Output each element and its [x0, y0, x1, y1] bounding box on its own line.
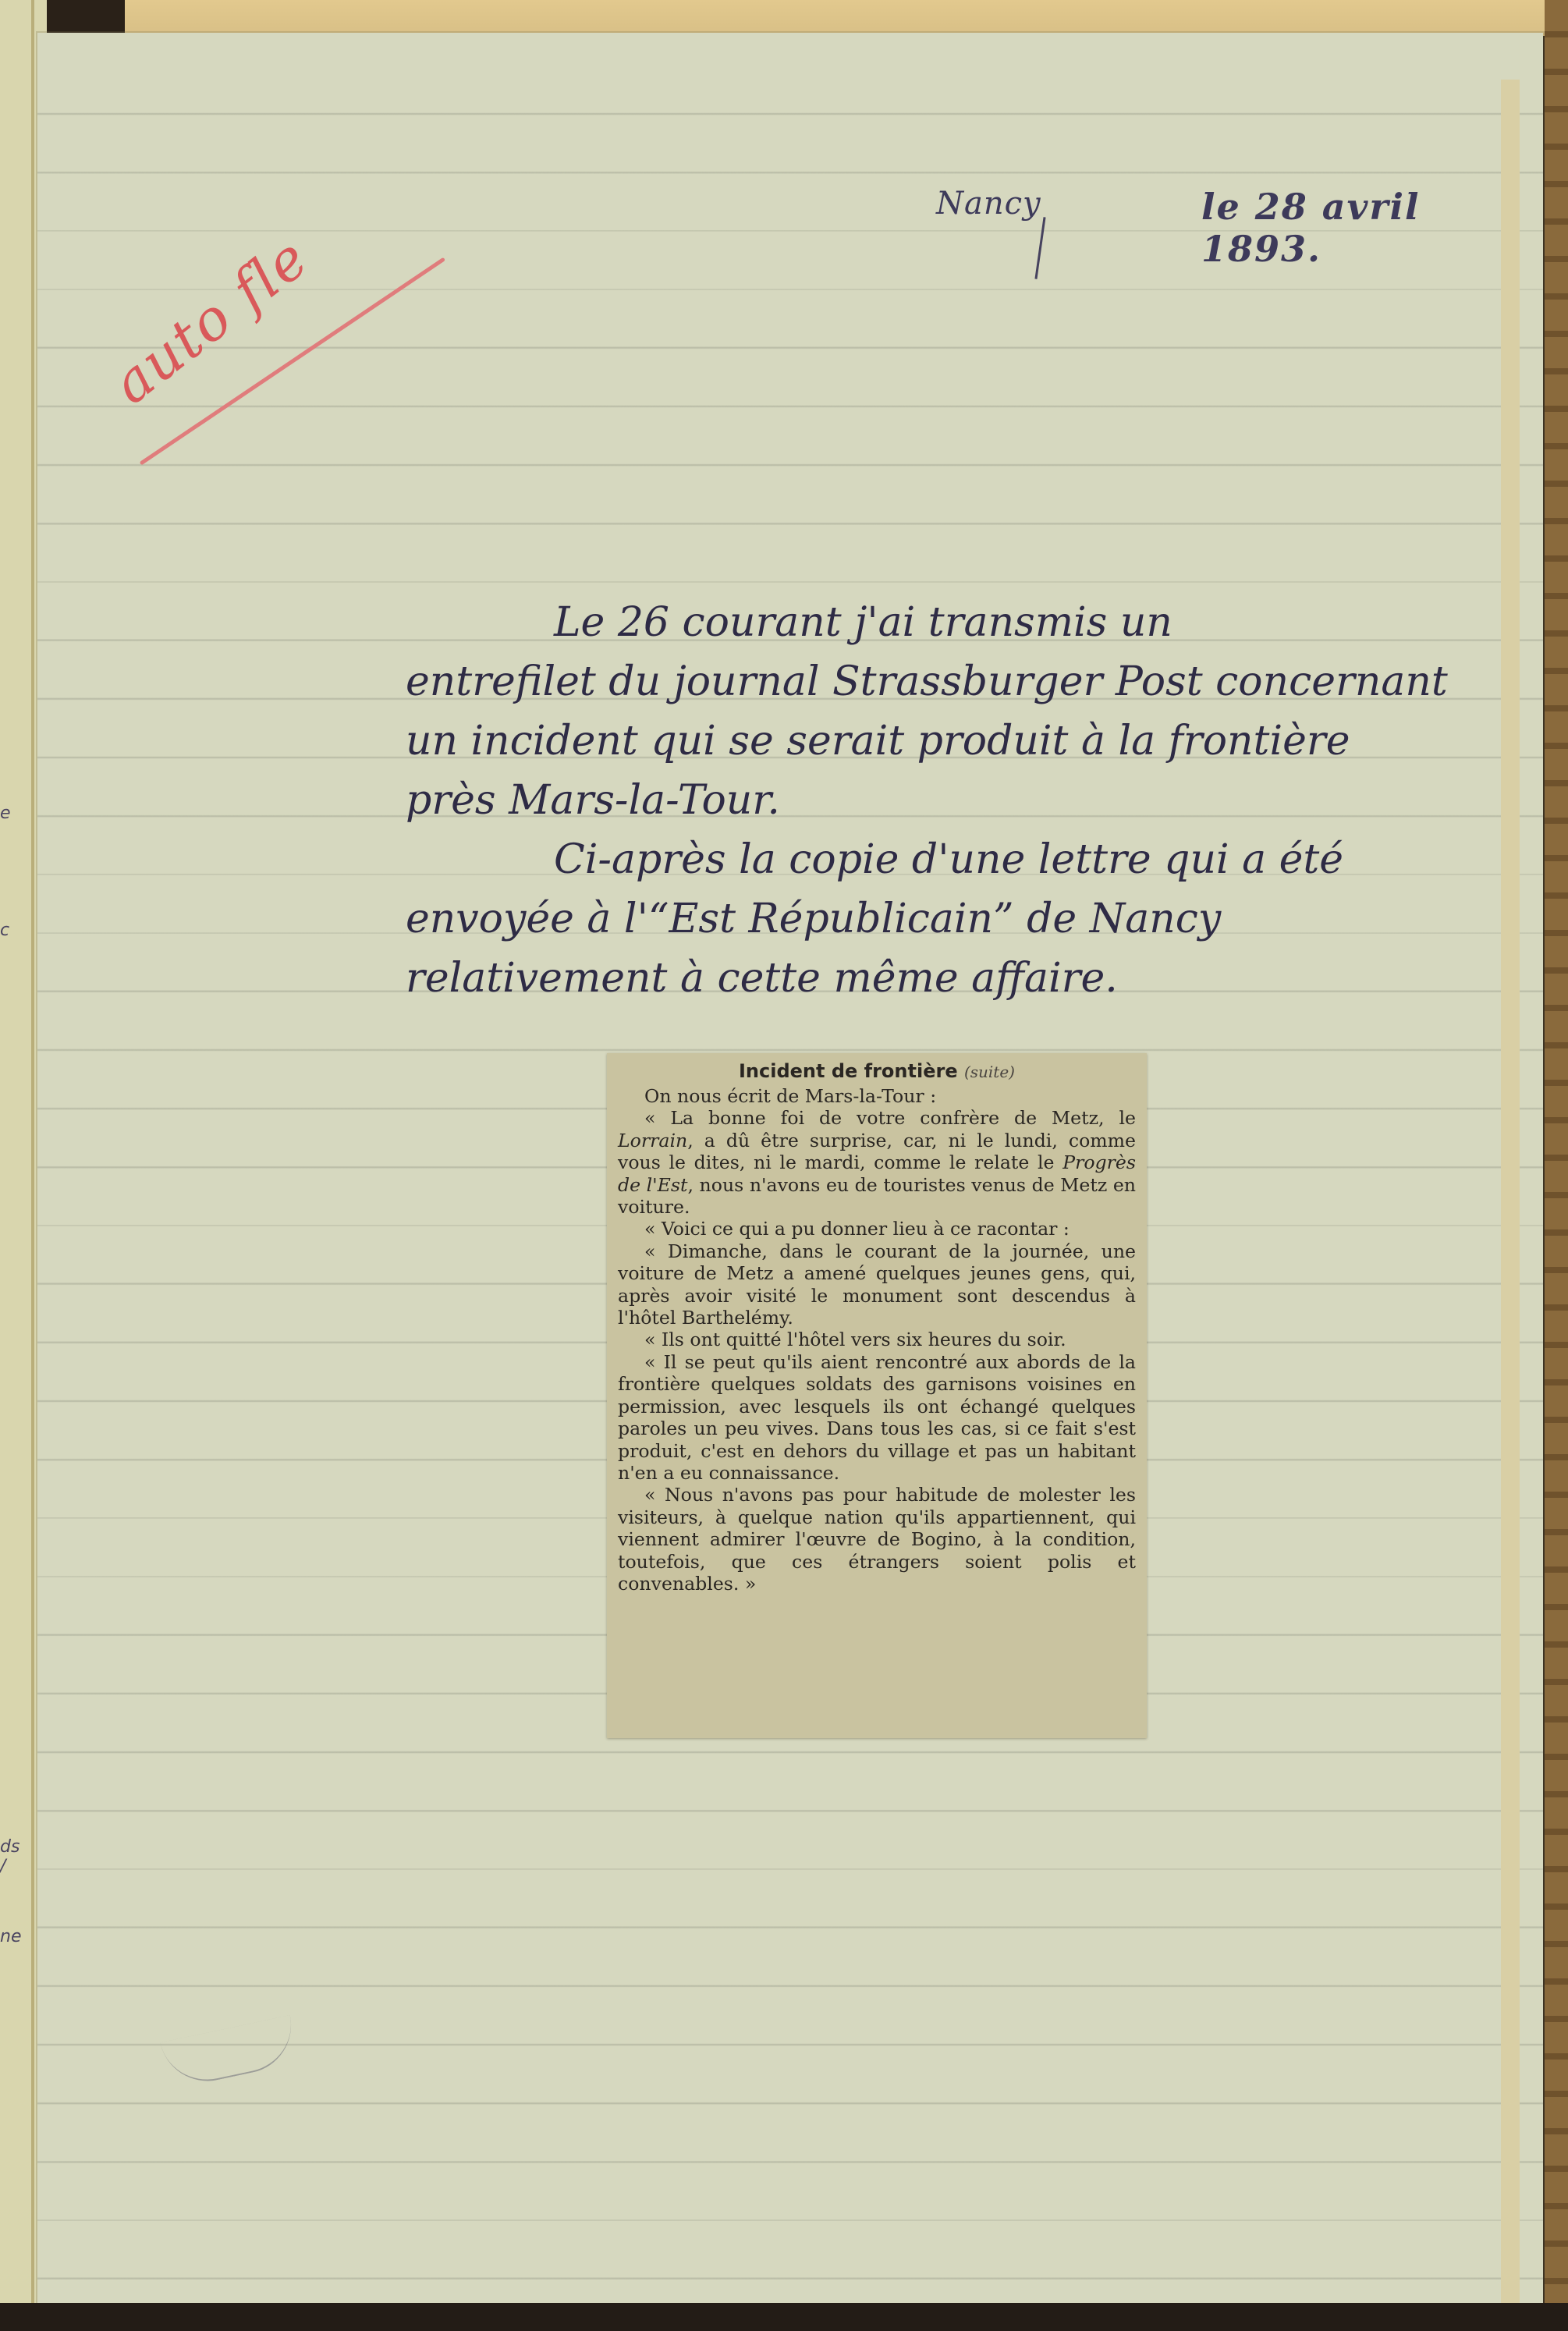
clipping-paragraph: « Voici ce qui a pu donner lieu à ce rac… [618, 1218, 1136, 1240]
left-edge-mark: e [0, 804, 11, 823]
clipping-paragraph: « Il se peut qu'ils aient rencontré aux … [618, 1351, 1136, 1484]
backdrop-folder-right [1545, 0, 1568, 2331]
clipping-paragraph: « Ils ont quitté l'hôtel vers six heures… [618, 1329, 1136, 1350]
page-fold-edge [1501, 80, 1520, 2326]
clipping-title: Incident de frontière (suite) [618, 1058, 1136, 1085]
left-edge-mark: / [0, 1857, 5, 1876]
clipping-intro: On nous écrit de Mars-la-Tour : [618, 1085, 1136, 1107]
clipping-paragraph: « Dimanche, dans le courant de la journé… [618, 1240, 1136, 1329]
underlying-sheet-margin-line [31, 0, 34, 2309]
backdrop-bottom [0, 2303, 1568, 2331]
clipping-title-text: Incident de frontière [739, 1060, 958, 1082]
left-edge-mark: ne [0, 1927, 21, 1946]
letter-line: un incident qui se serait produit à la f… [406, 711, 1513, 771]
letter-line: Ci-après la copie d'une lettre qui a été [406, 830, 1513, 889]
newspaper-clipping: Incident de frontière (suite) On nous éc… [607, 1053, 1147, 1738]
letter-line: près Mars-la-Tour. [406, 771, 1513, 830]
clipping-paragraph: « La bonne foi de votre confrère de Metz… [618, 1107, 1136, 1218]
letter-date: le 28 avril 1893. [1201, 186, 1529, 270]
clipping-italic-newspaper-name: Lorrain [618, 1130, 687, 1151]
clipping-paragraph: « Nous n'avons pas pour habitude de mole… [618, 1484, 1136, 1595]
place-name: Nancy [936, 186, 1041, 222]
clipping-text: « La bonne foi de votre confrère de Metz… [644, 1107, 1136, 1129]
letter-body: Le 26 courant j'ai transmis un entrefile… [406, 593, 1513, 1008]
clipping-text: , nous n'avons eu de touristes venus de … [618, 1174, 1136, 1218]
letter-line: entrefilet du journal Strassburger Post … [406, 652, 1513, 711]
letter-line: envoyée à l'“Est Républicain” de Nancy [406, 889, 1513, 949]
clipping-title-suffix: (suite) [964, 1063, 1015, 1081]
letter-line: relativement à cette même affaire. [406, 949, 1513, 1008]
backdrop-folder-top [125, 0, 1568, 36]
left-edge-mark: ds [0, 1837, 20, 1857]
left-edge-mark: c [0, 921, 9, 940]
clipping-text: , a dû être surprise, car, ni le lundi, … [618, 1130, 1136, 1173]
letter-line: Le 26 courant j'ai transmis un [406, 593, 1513, 652]
dateline: Nancy le 28 avril 1893. [936, 186, 1529, 264]
